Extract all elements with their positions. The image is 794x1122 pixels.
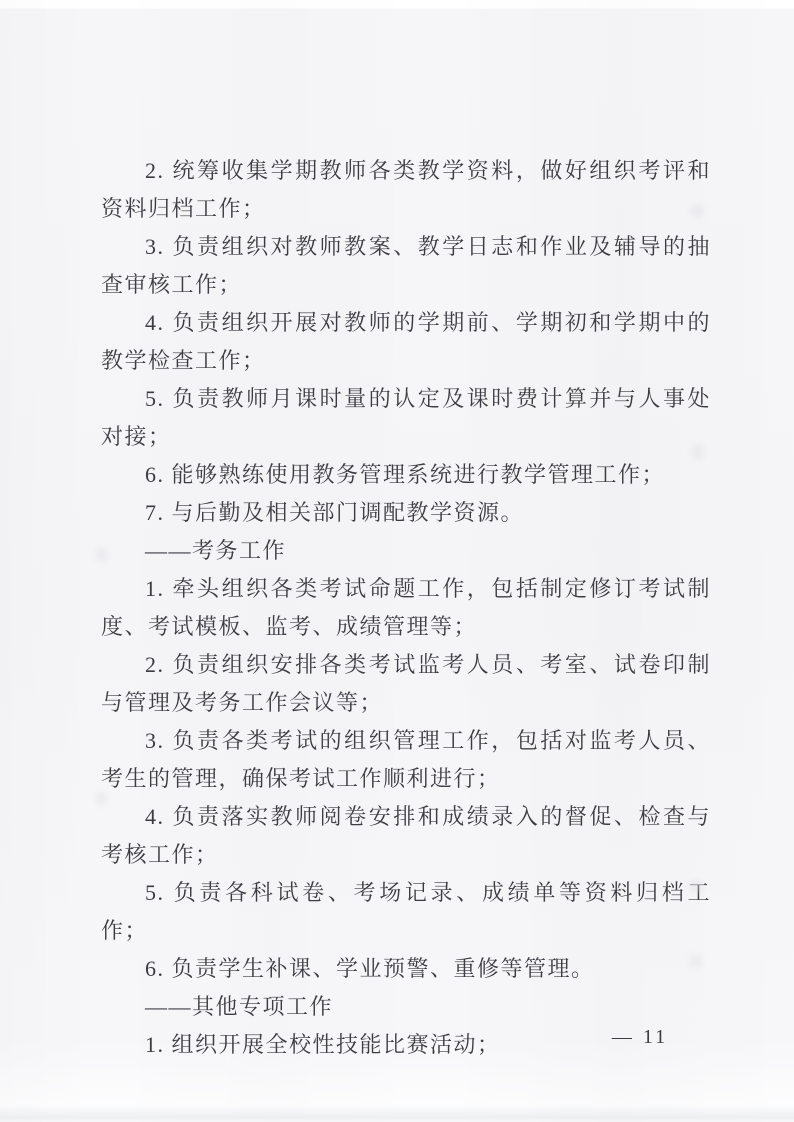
page-number: — 11 bbox=[560, 1026, 720, 1049]
list-item-paragraph: 7. 与后勤及相关部门调配教学资源。 bbox=[101, 494, 711, 532]
document-body: 2. 统筹收集学期教师各类教学资料，做好组织考评和资料归档工作；3. 负责组织对… bbox=[101, 152, 711, 1064]
list-item-paragraph: 6. 负责学生补课、学业预警、重修等管理。 bbox=[101, 950, 711, 988]
list-item-paragraph: 5. 负责各科试卷、考场记录、成绩单等资料归档工作； bbox=[101, 874, 711, 950]
list-item-paragraph: 2. 统筹收集学期教师各类教学资料，做好组织考评和资料归档工作； bbox=[101, 152, 711, 228]
list-item-paragraph: 3. 负责组织对教师教案、教学日志和作业及辅导的抽查审核工作； bbox=[101, 228, 711, 304]
list-item-paragraph: 2. 负责组织安排各类考试监考人员、考室、试卷印制与管理及考务工作会议等； bbox=[101, 646, 711, 722]
list-item-paragraph: 6. 能够熟练使用教务管理系统进行教学管理工作； bbox=[101, 456, 711, 494]
section-heading: ——其他专项工作 bbox=[101, 988, 711, 1026]
scanned-document-page: 2. 统筹收集学期教师各类教学资料，做好组织考评和资料归档工作；3. 负责组织对… bbox=[0, 0, 794, 1122]
list-item-paragraph: 5. 负责教师月课时量的认定及课时费计算并与人事处对接； bbox=[101, 380, 711, 456]
list-item-paragraph: 3. 负责各类考试的组织管理工作，包括对监考人员、考生的管理，确保考试工作顺利进… bbox=[101, 722, 711, 798]
section-heading: ——考务工作 bbox=[101, 532, 711, 570]
list-item-paragraph: 4. 负责落实教师阅卷安排和成绩录入的督促、检查与考核工作； bbox=[101, 798, 711, 874]
list-item-paragraph: 1. 牵头组织各类考试命题工作，包括制定修订考试制度、考试模板、监考、成绩管理等… bbox=[101, 570, 711, 646]
list-item-paragraph: 4. 负责组织开展对教师的学期前、学期初和学期中的教学检查工作； bbox=[101, 304, 711, 380]
